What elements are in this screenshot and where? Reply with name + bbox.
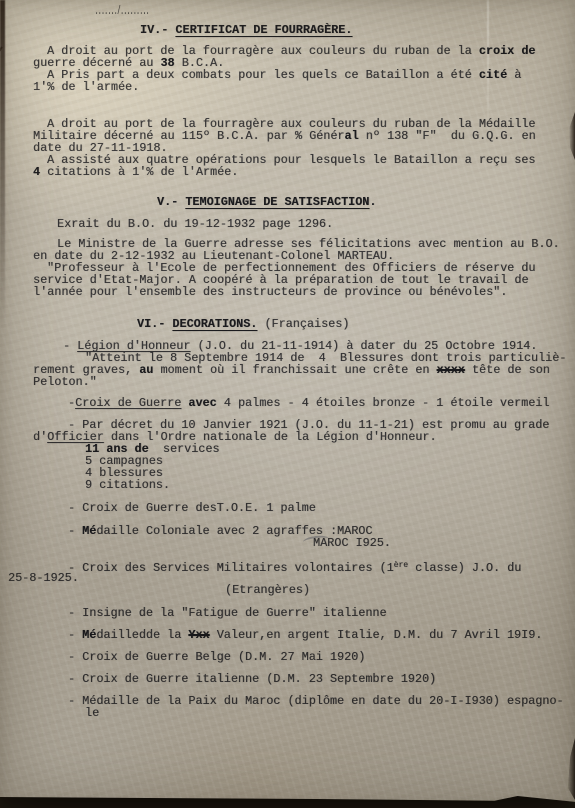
text-line: -Croix de Guerre avec 4 palmes - 4 étoil…	[68, 397, 549, 409]
text-line: 25-8-1925.	[8, 572, 79, 584]
text-line: - Insigne de la "Fatigue de Guerre" ital…	[68, 607, 387, 619]
text-segment: -	[63, 339, 77, 353]
text-segment: - Médaille de la Paix du Maroc (diplôme …	[68, 694, 564, 708]
text-segment: 4 palmes - 4 étoiles bronze - 1 étoile v…	[217, 396, 550, 410]
text-segment-sup: ère	[394, 561, 408, 570]
text-segment-u: Croix de Guerre	[75, 396, 181, 410]
text-segment: - Croix de Guerre desT.O.E. 1 palme	[68, 501, 316, 515]
text-segment-b: V.-	[157, 195, 185, 209]
text-line: 9 citations.	[85, 479, 170, 491]
text-line: - Croix des Services Militaires volontai…	[68, 560, 521, 574]
text-line: (Etrangères)	[225, 584, 310, 596]
text-segment-bu: TEMOIGNAGE DE SATISFACTION	[185, 195, 369, 209]
text-segment-bu: DECORATIONS.	[172, 317, 257, 331]
text-segment-b: VI.-	[137, 317, 172, 331]
text-line: Exrait du B.O. du 19-12-1932 page 1296.	[57, 218, 333, 230]
text-segment: 1'% de l'armée.	[33, 80, 139, 94]
text-line: - Croix de Guerre Belge (D.M. 27 Mai 192…	[68, 651, 365, 663]
text-segment: 9 citations.	[85, 478, 170, 492]
text-segment: -	[68, 628, 82, 642]
text-segment-b: al	[345, 129, 359, 143]
text-segment: Peloton."	[33, 375, 97, 389]
scanned-document-page: ......./.........IV.- CERTIFICAT DE FOUR…	[0, 0, 575, 808]
text-segment-b: Mé	[82, 628, 96, 642]
text-line: - Médaille de la Paix du Maroc (diplôme …	[68, 695, 564, 707]
text-line: - Croix de Guerre italienne (D.M. 23 Sep…	[68, 673, 436, 685]
text-segment-b: au	[139, 363, 153, 377]
heading-section-iv: IV.- CERTIFICAT DE FOURRAGÈRE.	[140, 24, 352, 36]
text-segment: - Insigne de la "Fatigue de Guerre" ital…	[68, 606, 387, 620]
text-line: - Croix de Guerre desT.O.E. 1 palme	[68, 502, 316, 514]
text-segment: 25-8-1925.	[8, 571, 79, 585]
text-segment: (Etrangères)	[225, 583, 310, 597]
text-segment-b: cité	[479, 68, 507, 82]
text-segment: - Croix des Services Militaires volontai…	[68, 561, 394, 575]
text-segment: MAROC I925.	[313, 536, 391, 550]
text-segment: Valeur,en argent Italie, D.M. du 7 Avril…	[210, 628, 543, 642]
text-segment-b: croix de	[479, 44, 536, 58]
text-segment: -	[68, 524, 82, 538]
text-segment: - Croix de Guerre italienne (D.M. 23 Sep…	[68, 672, 436, 686]
text-line: 4 citations à 1'% de l'Armée.	[33, 166, 238, 178]
text-segment-b: .	[369, 195, 376, 209]
text-segment: - Croix de Guerre Belge (D.M. 27 Mai 192…	[68, 650, 365, 664]
text-segment: citations à 1'% de l'Armée.	[40, 165, 238, 179]
text-segment: (Françaises)	[257, 317, 349, 331]
text-segment: Exrait du B.O. du 19-12-1932 page 1296.	[57, 217, 333, 231]
text-segment-strike: Yxx	[188, 628, 209, 642]
text-segment-strike: xxxx	[437, 363, 465, 377]
text-segment: classe) J.O. du	[408, 561, 521, 575]
text-segment-b: avec	[188, 396, 216, 410]
heading-section-v: V.- TEMOIGNAGE DE SATISFACTION.	[157, 196, 376, 208]
text-line: le	[85, 707, 99, 719]
text-segment-b: IV.-	[140, 23, 175, 37]
text-line: MAROC I925.	[313, 537, 391, 549]
heading-section-vi: VI.- DECORATIONS. (Françaises)	[137, 318, 349, 330]
text-segment: l'année pour l'ensemble des instructeurs…	[33, 285, 507, 299]
text-segment: dailledde la	[96, 628, 188, 642]
text-segment: moment où il franchissait une crête en	[153, 363, 436, 377]
text-segment: nº 138 "F" du G.Q.G. en	[359, 129, 536, 143]
text-segment-bu: CERTIFICAT DE FOURRAGÈRE.	[175, 23, 352, 37]
page-marker-dots: ......./.........	[95, 5, 149, 17]
text-segment-b: Mé	[82, 524, 96, 538]
text-segment: le	[85, 706, 99, 720]
text-segment: ......./.........	[95, 4, 149, 18]
text-line: rement graves, au moment où il franchiss…	[33, 364, 550, 376]
text-segment: à	[507, 68, 521, 82]
text-line: - Médailledde la Yxx Valeur,en argent It…	[68, 629, 542, 641]
text-line: Peloton."	[33, 376, 97, 388]
text-segment: tête de son	[465, 363, 550, 377]
text-segment: d'	[33, 430, 47, 444]
text-line: 1'% de l'armée.	[33, 81, 139, 93]
text-line: l'année pour l'ensemble des instructeurs…	[33, 286, 507, 298]
text-layer: ......./.........IV.- CERTIFICAT DE FOUR…	[0, 0, 575, 808]
